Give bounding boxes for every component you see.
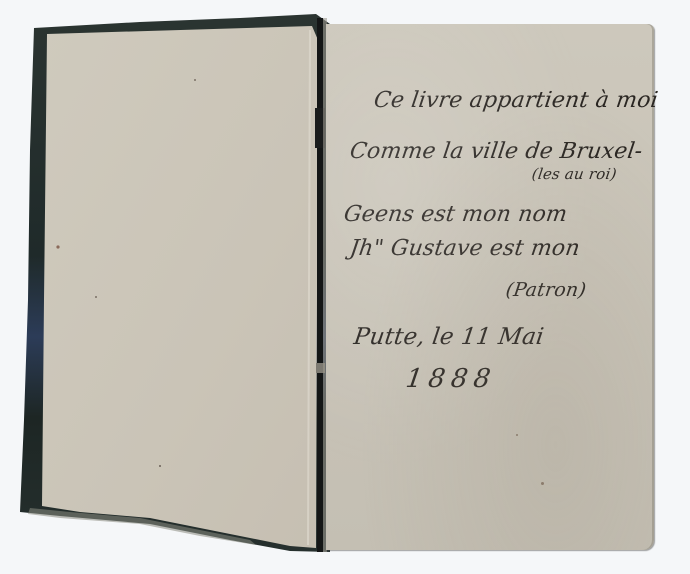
inscription-year: 1888 [404, 364, 498, 394]
inscription-line-4: Geens est mon nom [342, 202, 569, 227]
book-photograph: Ce livre appartient à moi Comme la ville… [0, 0, 690, 574]
inscription-line-3: (les au roi) [531, 165, 618, 183]
inscription-line-2: Comme la ville de Bruxel- [348, 139, 644, 164]
paper-speck [541, 482, 544, 485]
inscription-place-date: Putte, le 11 Mai [352, 324, 545, 350]
right-page: Ce livre appartient à moi Comme la ville… [326, 24, 654, 550]
paper-speck [516, 434, 518, 436]
inscription-line-1: Ce livre appartient à moi [372, 88, 659, 113]
inscription-line-5: Jh" Gustave est mon [348, 236, 581, 261]
inscription-line-6: (Patron) [504, 279, 587, 301]
handwritten-inscription: Ce livre appartient à moi Comme la ville… [326, 24, 654, 550]
